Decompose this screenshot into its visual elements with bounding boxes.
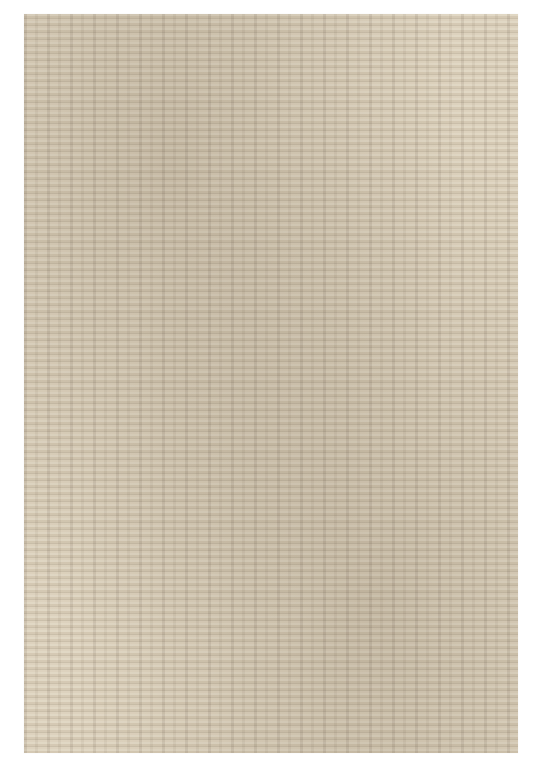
rug-texture <box>24 14 518 753</box>
rug-image <box>24 14 518 753</box>
